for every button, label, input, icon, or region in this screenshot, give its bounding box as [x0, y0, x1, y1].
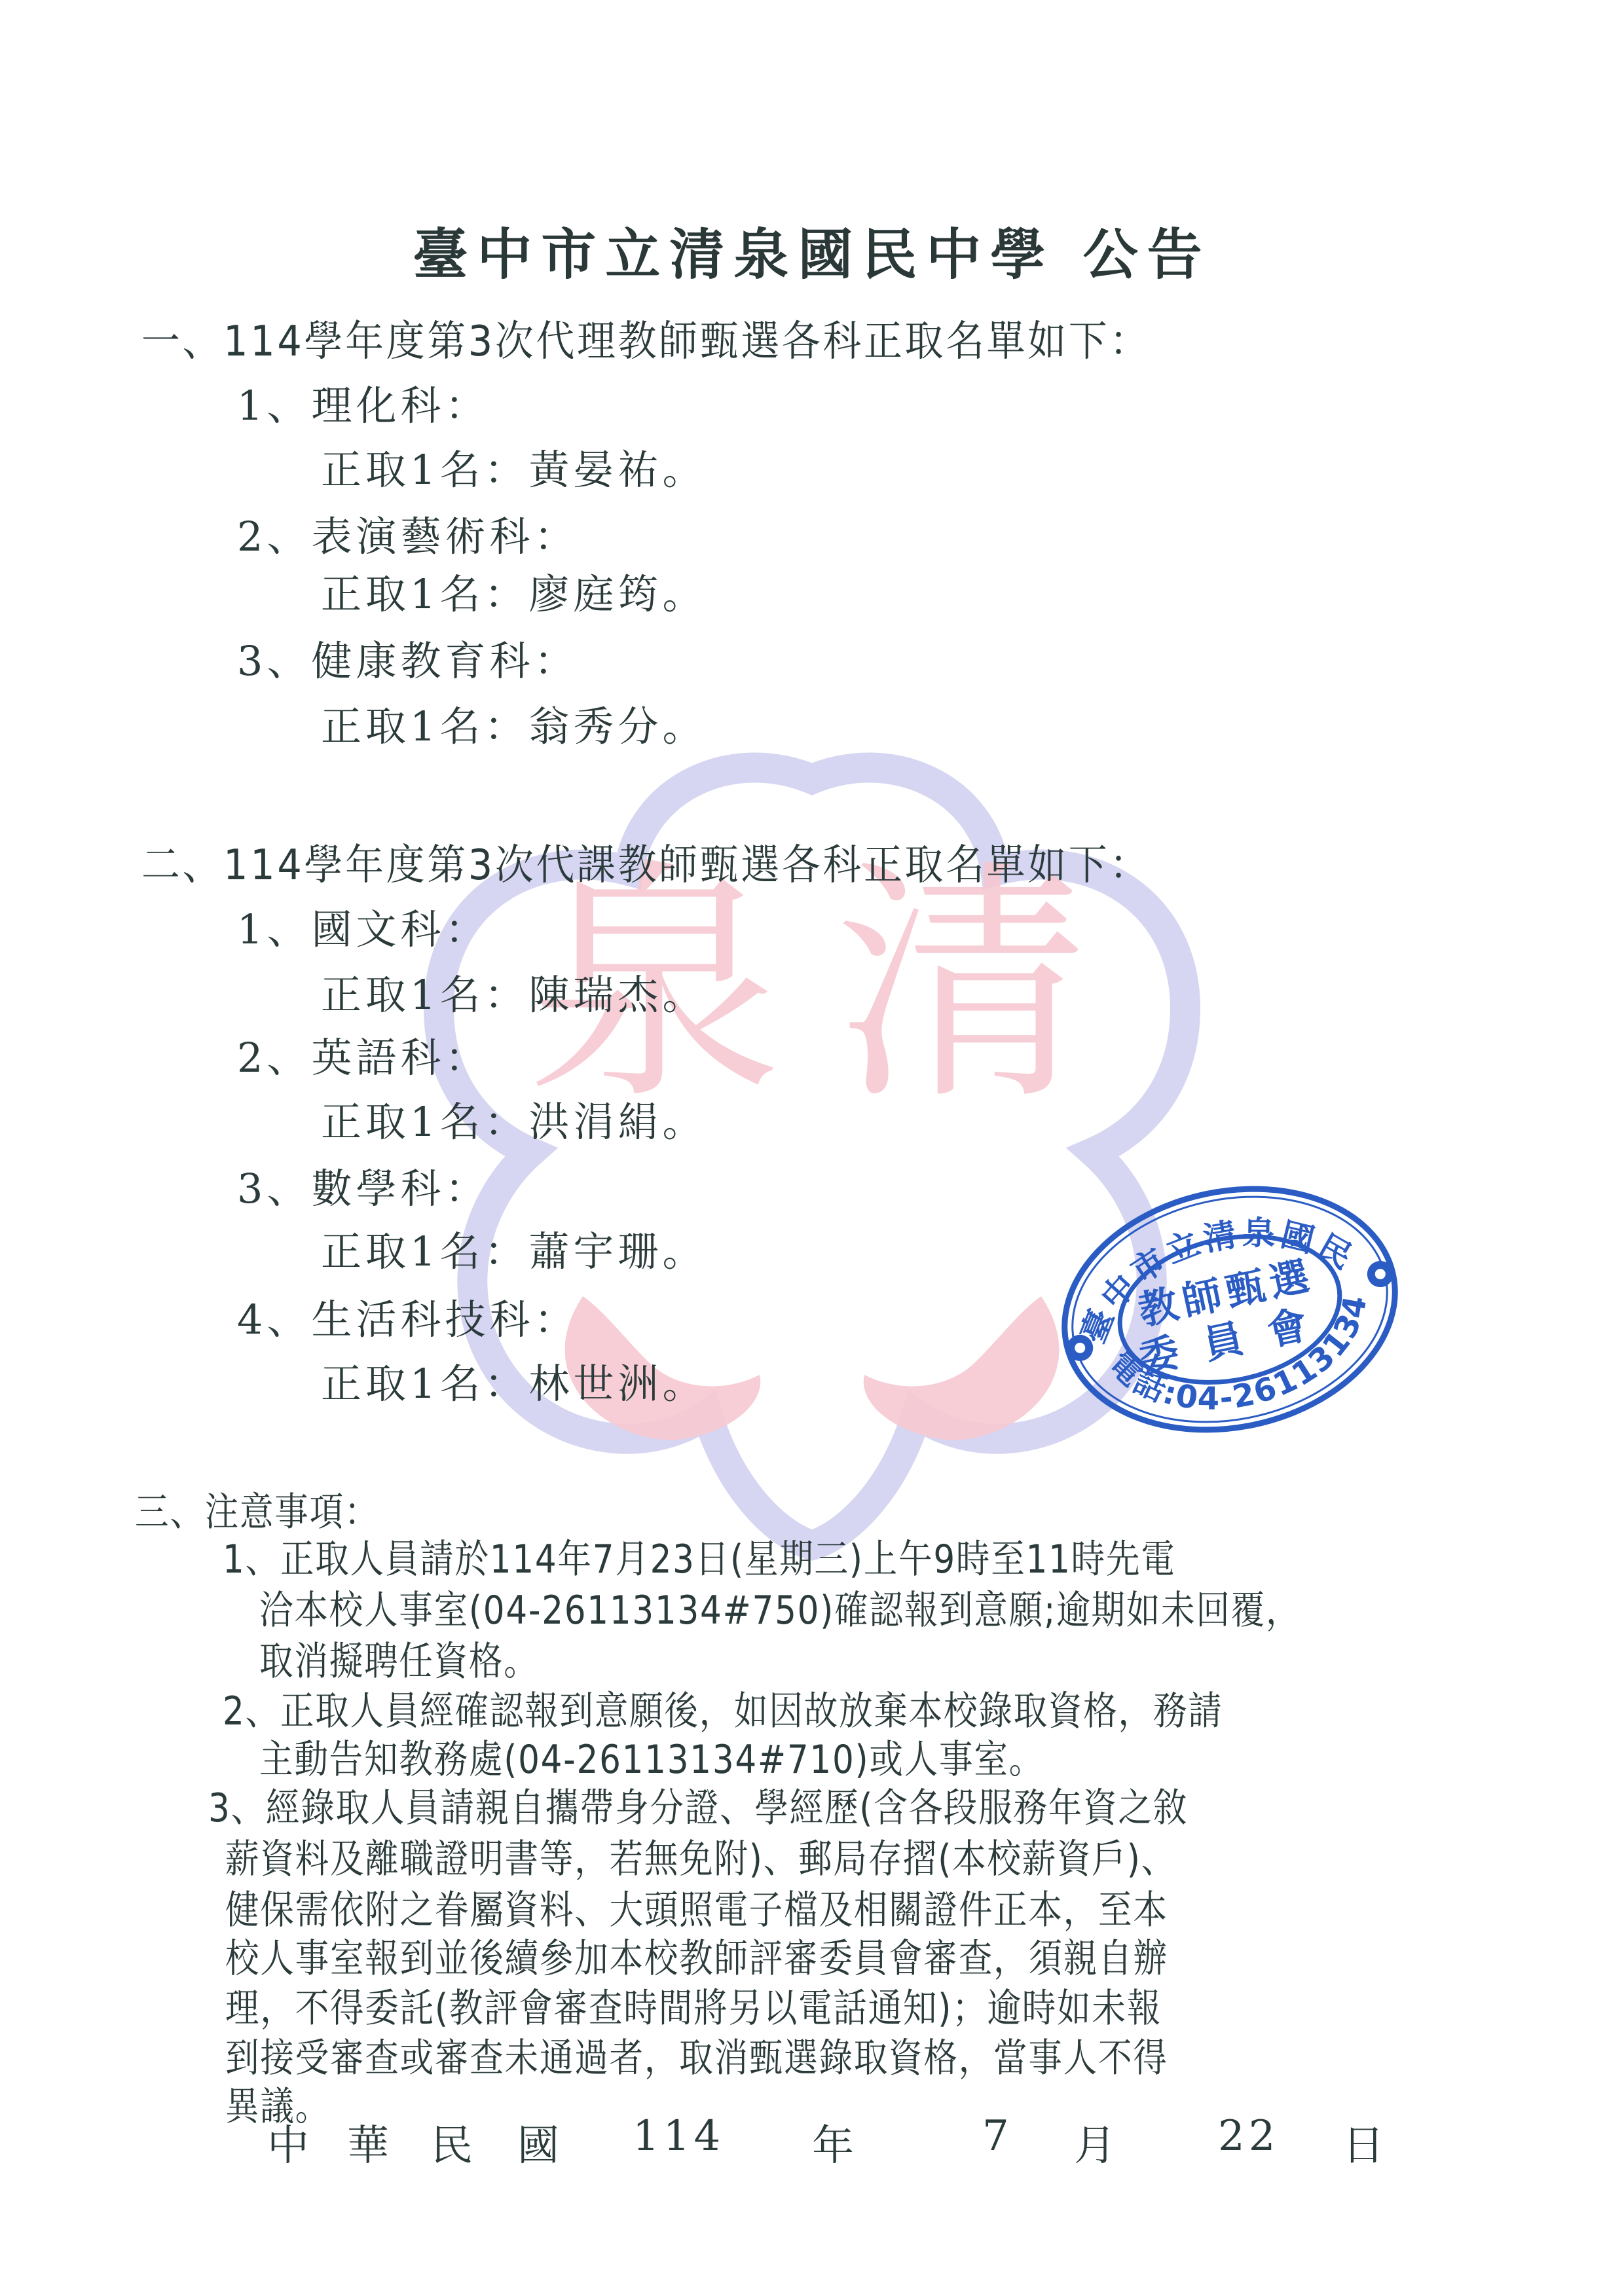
section-2-result-2: 正取1名：洪涓絹。	[321, 1089, 707, 1148]
date-era-char-2: 華	[347, 2112, 393, 2172]
section-2-heading: 二、114學年度第3次代課教師甄選各科正取名單如下：	[141, 831, 1151, 892]
note-1-line-2: 洽本校人事室(04-26113134#750)確認報到意願;逾期如未回覆，	[259, 1579, 1301, 1635]
section-2-subject-2: 2、英語科：	[237, 1025, 489, 1084]
section-1-result-3: 正取1名：翁秀分。	[321, 694, 707, 752]
date-month: 7	[982, 2112, 1013, 2160]
document-title: 臺中市立清泉國民中學 公告	[0, 211, 1624, 290]
date-year-unit: 年	[812, 2112, 858, 2172]
section-2-subject-4: 4、生活科技科：	[237, 1287, 578, 1345]
date-era-char-3: 民	[431, 2112, 477, 2172]
section-1-subject-3: 3、健康教育科：	[237, 629, 578, 687]
announcement-document: 臺中市立清泉國民中學 公告 一、114學年度第3次代理教師甄選各科正取名單如下：…	[0, 0, 1624, 2296]
date-era-char-1: 中	[267, 2112, 313, 2172]
section-2-result-3: 正取1名：蕭宇珊。	[321, 1219, 707, 1277]
section-2-result-4: 正取1名：林世洲。	[321, 1351, 707, 1410]
note-1-line-1: 1、正取人員請於114年7月23日(星期三)上午9時至11時先電	[223, 1528, 1176, 1584]
note-3-line-1: 3、經錄取人員請親自攜帶身分證、學經歷(含各段服務年資之敘	[208, 1777, 1188, 1833]
section-1-subject-2: 2、表演藝術科：	[237, 504, 578, 562]
announcement-date: 中 華 民 國 114 年 7 月 22 日	[0, 2112, 1624, 2164]
date-era-char-4: 國	[517, 2112, 563, 2172]
date-year: 114	[633, 2112, 724, 2160]
note-3-line-4: 校人事室報到並後續參加本校教師評審委員會審查，須親自辦	[225, 1927, 1168, 1984]
date-day-unit: 日	[1342, 2112, 1388, 2172]
section-2-result-1: 正取1名：陳瑞杰。	[321, 962, 707, 1021]
section-2-subject-3: 3、數學科：	[237, 1156, 489, 1214]
section-1-subject-1: 1、理化科：	[237, 373, 489, 431]
section-1-result-2: 正取1名：廖庭筠。	[321, 562, 707, 620]
date-day: 22	[1218, 2112, 1279, 2160]
section-1-heading: 一、114學年度第3次代理教師甄選各科正取名單如下：	[141, 308, 1151, 368]
note-1-line-3: 取消擬聘任資格。	[259, 1630, 539, 1686]
section-2-subject-1: 1、國文科：	[237, 897, 489, 955]
section-1-result-1: 正取1名：黃晏祐。	[321, 437, 707, 496]
note-3-line-6: 到接受審查或審查未通過者，取消甄選錄取資格，當事人不得	[225, 2027, 1168, 2083]
official-seal-stamp: 臺中市立清泉國民中學 電話:04-26113134 教師甄選 委員會	[1053, 1182, 1407, 1437]
note-3-line-5: 理，不得委託(教評會審查時間將另以電話通知)；逾時如未報	[225, 1977, 1162, 2033]
note-3-line-2: 薪資料及離職證明書等，若無免附)、郵局存摺(本校薪資戶)、	[225, 1828, 1176, 1884]
date-month-unit: 月	[1074, 2112, 1120, 2172]
